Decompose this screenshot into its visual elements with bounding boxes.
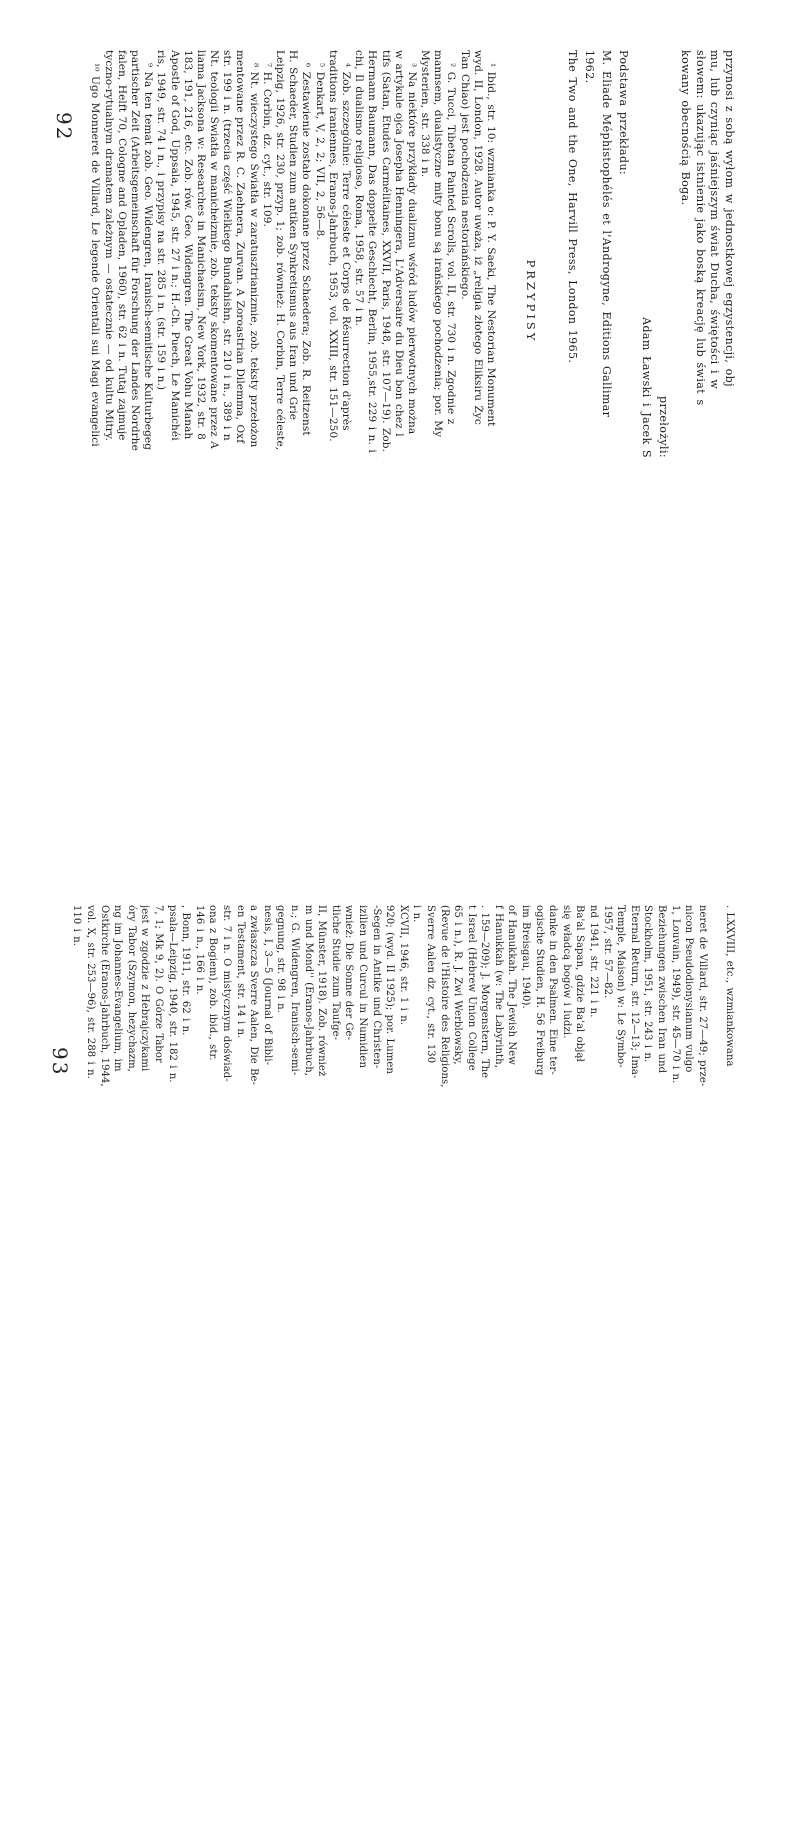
text-line: ⁶ Zestawienie zostało dokonane przez Sch… (299, 0, 312, 458)
text-line: neret de Villard, str. 27—49; prze- (695, 905, 709, 1097)
text-line (709, 905, 723, 1097)
text-line: str. 7 i n. O mistycznym doświad- (219, 905, 233, 1097)
text-line: mentowane przez R. C. Zaehnera, Zurvan. … (233, 0, 246, 458)
text-line: M. Eliade Méphistophélés et l'Androgyne,… (598, 0, 615, 458)
text-line: przynosi z sobą wyłom w jednostkowej egz… (721, 0, 736, 458)
text-line: The Two and the One, Harvill Press, Lond… (564, 0, 581, 458)
text-line: Ostkirche (Eranos-Jahrbuch, 1944, (97, 905, 111, 1097)
text-line: ⁹ Na ten temat zob. Geo. Widengren, Iran… (141, 0, 154, 458)
text-line: ⁷ H. Corbin, dz. cyt., str. 109. (260, 0, 273, 458)
text-line: psala—Leipzig, 1940, str. 182 i n. (165, 905, 179, 1097)
text-line: nicon Pseudodionysianum vulgo (682, 905, 696, 1097)
text-line: H. Schaeder, Studien zum antiken Synkret… (286, 0, 299, 458)
text-line: nesis, I, 3—5 (Journal of Bibli- (260, 905, 274, 1097)
text-line: PRZYPISY (523, 0, 538, 458)
text-line: ng im Johannes-Evangelium, im (111, 905, 125, 1097)
scanned-page-92: przynosi z sobą wyłom w jednostkowej egz… (0, 0, 800, 640)
document-scan: { "document": { "kind": "scanned book sp… (0, 0, 800, 1836)
text-line: 146 i n., 166 i n. (192, 905, 206, 1097)
text-line: (Revue de l'Histoire des Religions, (437, 905, 451, 1097)
text-line: a zwłaszcza Sverre Aalen, Die Be- (247, 905, 261, 1097)
text-line: ona z Bogiem), zob. ibid., str. (206, 905, 220, 1097)
text-line: Nt. teologii Światła w manicheizmie, zob… (207, 0, 220, 458)
text-line: XCVII, 1946, str. 1 i n. (396, 905, 410, 1097)
text-line: Sverre Aalen dz. cyt., str. 130 (423, 905, 437, 1097)
text-line: 920; (wyd. II 1925); por. Lumen (383, 905, 397, 1097)
text-line: izilien und Curcul in Numidien (355, 905, 369, 1097)
text-line: słowem: ukazując istnienie jako boską kr… (692, 0, 707, 458)
text-line: Beziehungen zwischen Iran und (654, 905, 668, 1097)
text-line: 183, 191, 216, etc. Zob. rów. Geo. Widen… (181, 0, 194, 458)
text-line: t Israel (Hebrew Union College (464, 905, 478, 1097)
text-line: Temple, Maison) w: Le Symbo- (614, 905, 628, 1097)
page-content: . LXXVIII, etc., wzmiankowananeret de Vi… (0, 905, 760, 1205)
text-line: -Segen in Antike und Christen- (369, 905, 383, 1097)
text-line: en Testament, str. 14 i n. (233, 905, 247, 1097)
text-line: ³ Na niektóre przykłady dualizmu wśród l… (405, 0, 418, 458)
text-line: of Hanukkah. The Jewish New (505, 905, 519, 1097)
text-line: gegnung, str. 98 i n. (274, 905, 288, 1097)
text-line: mannsem, dualistyczne mity bonu są irańs… (431, 0, 444, 458)
text-line: falen, Helft 70, Cologne and Opladen, 19… (115, 0, 128, 458)
text-line: ¹ Ibid., str. 10: wzmianka o: P. Y. Saek… (484, 0, 497, 458)
text-line: liama Jacksona w: Researches in Manichae… (194, 0, 207, 458)
text-line: 1, Louvain, 1949), str. 45—70 i n. (668, 905, 682, 1097)
text-line: danke in den Psalmen. Eine ter- (546, 905, 560, 1097)
text-line: f Hanukkah (w: The Labyrinth, (491, 905, 505, 1097)
text-line: nd 1941, str. 221 i n. (586, 905, 600, 1097)
text-line: 65 i n.), R. J. Zwi Werblowsky, (451, 905, 465, 1097)
text-line: tifs (Satan, Etudes Carmélitaines, XXVII… (378, 0, 391, 458)
text-line: partischer Zeit (Arbeitsgemeinschaft für… (128, 0, 141, 458)
text-line: kowany obecnością Boga. (678, 0, 693, 458)
text-line: chi, Il dualismo religioso, Roma, 1958, … (352, 0, 365, 458)
text-line: mu, lub czyniąc jaśniejszym świat Ducha,… (707, 0, 722, 458)
text-line: jest w zgodzie z Hebrajczykami (138, 905, 152, 1097)
text-line: przełożyli: (655, 0, 672, 458)
text-block: . LXXVIII, etc., wzmiankowananeret de Vi… (70, 905, 760, 1205)
text-line: Mysterien, str. 338 i n. (418, 0, 431, 458)
text-line: Tan Chiao) jest pochodzenia nestoriański… (457, 0, 470, 458)
text-line: tliche Studie zum Taufge- (328, 905, 342, 1097)
text-line: str. 199 i n. (trzecia część Wielkiego B… (220, 0, 233, 458)
text-line: n.; G. Widengren, Iranisch-semi- (287, 905, 301, 1097)
text-line: ² G. Tucci, Tibetan Painted Scrolls, vol… (444, 0, 457, 458)
text-line: ¹⁰ Ugo Monneret de Villard, Le legende O… (88, 0, 101, 458)
text-line: tyczno-rytualnym dramatem zależnym — ost… (101, 0, 114, 458)
page-number: 92 (52, 112, 76, 141)
text-line: wnież: Die Sonne der Ge- (342, 905, 356, 1097)
text-line: Leipzig, 1926, str. 230, przyp. 1; zob. … (273, 0, 286, 458)
text-line: vol. X, str. 253—96), str. 288 i n. (84, 905, 98, 1097)
text-line: Hermann Baumann, Das doppelte Geschlecht… (365, 0, 378, 458)
scanned-page-93: . LXXVIII, etc., wzmiankowananeret de Vi… (0, 905, 800, 1465)
text-line: Apostle of God, Uppsala, 1945, str. 27 i… (167, 0, 180, 458)
text-line: óry Tabor (Szymon, hezychazm, (124, 905, 138, 1097)
page-content: przynosi z sobą wyłom w jednostkowej egz… (0, 0, 760, 470)
text-line: Ba'al Sapan, gdzie Ba'al objął (573, 905, 587, 1097)
text-line: im Breisgau, 1940). (519, 905, 533, 1097)
text-line: . LXXVIII, etc., wzmiankowana (722, 905, 736, 1097)
text-line: 7, 1; Mk 9, 2). O Górze Tabor (151, 905, 165, 1097)
text-line: ⁴ Zob. szczególnie: Terre céleste et Cor… (339, 0, 352, 458)
text-line: ⁸ Nt. wieczystego Światła w zaratusztria… (246, 0, 259, 458)
text-line: . 159—209); J. Morgenstern, The (478, 905, 492, 1097)
text-line: 1957, str. 57—82. (600, 905, 614, 1097)
text-line: 1962. (581, 0, 598, 458)
text-line: ⁵ Denkart, V, 2, 2; VII, 2, 56—8. (312, 0, 325, 458)
page-number: 93 (48, 1047, 72, 1076)
text-line: w artykule ojca Josepha Henningera, L'Ad… (392, 0, 405, 458)
text-block: przynosi z sobą wyłom w jednostkowej egz… (88, 0, 760, 470)
text-line: wyd. II, London, 1928. Autor uważa, iż „… (471, 0, 484, 458)
text-line: , Bonn, 1911, str. 62 i n. (179, 905, 193, 1097)
text-line: Eternal Return, str. 12—13; Ima- (627, 905, 641, 1097)
text-line: ris, 1949, str. 74 i n., i przypisy na s… (154, 0, 167, 458)
text-line: II, Münster, 1918). Zob. również (315, 905, 329, 1097)
text-line: Stockholm, 1951, str. 243 i n. (641, 905, 655, 1097)
text-line: i n. (410, 905, 424, 1097)
text-line: Podstawa przekładu: (615, 0, 632, 458)
text-line: traditions iraniennes, Eranos-Jahrbuch, … (326, 0, 339, 458)
text-line: się władcą bogów i ludzi. (559, 905, 573, 1097)
text-line: Adam Ławski i Jacek S (638, 0, 655, 458)
text-line: ogische Studien, H. 56 Freiburg (532, 905, 546, 1097)
text-line: m und Mond'' (Eranos-Jahrbuch, (301, 905, 315, 1097)
